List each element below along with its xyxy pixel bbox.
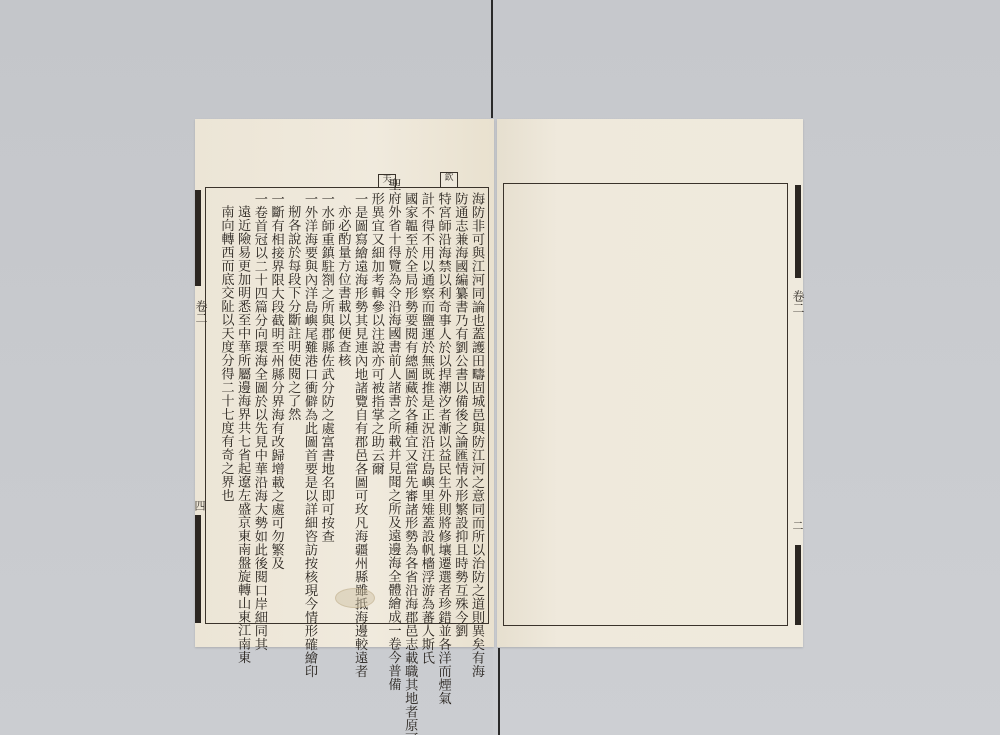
- text-column: 防通志兼海國編纂書乃有劉公書以備後之論匯情水形繁設抑且時勢互殊今劉: [451, 178, 468, 618]
- right-fishtail-bar-bottom: [795, 545, 801, 625]
- text-column: 一外洋海要與內洋島嶼尾難港口衝僻為此圖首要是以詳細咨訪按核現今情形確繪印: [300, 178, 317, 618]
- text-column: 南向轉西而底交阯以天度分得二十七度有奇之界也: [217, 178, 234, 618]
- text-column: 剏各說於每段下分斷註明使閱之了然: [284, 178, 301, 618]
- text-column: 遠近險易更加明悉至中華所屬邊海界共七省起遼左盛京東南盤旋轉山東江南東: [233, 178, 250, 618]
- text-column: 亦必酌量方位書載以便查核: [334, 178, 351, 618]
- text-column: 特宮師沿海禁以利奇事人於以捍潮汐者漸以益民生外則將修壤遷選者珍錯並各洋而煙氣: [434, 178, 451, 618]
- text-column: 國家韞至於全局形勢要閱有總圖藏於各種宜又當先審諸形勢為各省沿海郡邑志載職其地者原…: [400, 178, 417, 618]
- text-column: 一水師重鎮駐劄之所與郡縣佐武分防之處富書地名即可按查: [317, 178, 334, 618]
- right-page-text-frame: [503, 183, 788, 626]
- left-fishtail-bar-bottom: [195, 515, 201, 623]
- left-edge-page-number: 四: [194, 500, 205, 511]
- left-page-body-text: 海防非可與江河同論也蓋護田疇固城邑與防江河之意同而所以治防之道則異矣有海 防通志…: [212, 178, 484, 618]
- right-edge-volume-label: 卷二: [792, 290, 804, 314]
- text-column: 形異宜又細加考輯參以注說亦可被指掌之助云爾: [367, 178, 384, 618]
- text-column: 一斷有相接界限大段截明至州縣分界海有改歸增載之處可勿繁及: [267, 178, 284, 618]
- right-edge-page-number: 二: [792, 520, 803, 531]
- text-column: 計不得不用以通察而鹽運於無既推是正況沿汪島嶼里雉蓋設帆檣浮游為蕃人斯氏: [417, 178, 434, 618]
- text-column: 一是圖寫繪遠海形勢其見連內地諸覽自有郡邑各圖可玫凡海疆州縣雖抵海邊較遠者: [350, 178, 367, 618]
- left-fishtail-bar-top: [195, 190, 201, 286]
- gutter-seam-bottom: [498, 648, 500, 735]
- paper-stain: [335, 588, 375, 608]
- right-fishtail-bar-top: [795, 185, 801, 278]
- gutter-seam-top: [491, 0, 493, 118]
- text-column: 聖府外省十得覽為令沿海國書前人諸書之所載并見聞之所及遠邊海全體繪成一卷今普備: [384, 178, 401, 618]
- text-column: 海防非可與江河同論也蓋護田疇固城邑與防江河之意同而所以治防之道則異矣有海: [467, 178, 484, 618]
- text-column: 一卷首冠以二十四篇分向環海全圖於以先見中華沿海大勢如此後閱口岸細同其: [250, 178, 267, 618]
